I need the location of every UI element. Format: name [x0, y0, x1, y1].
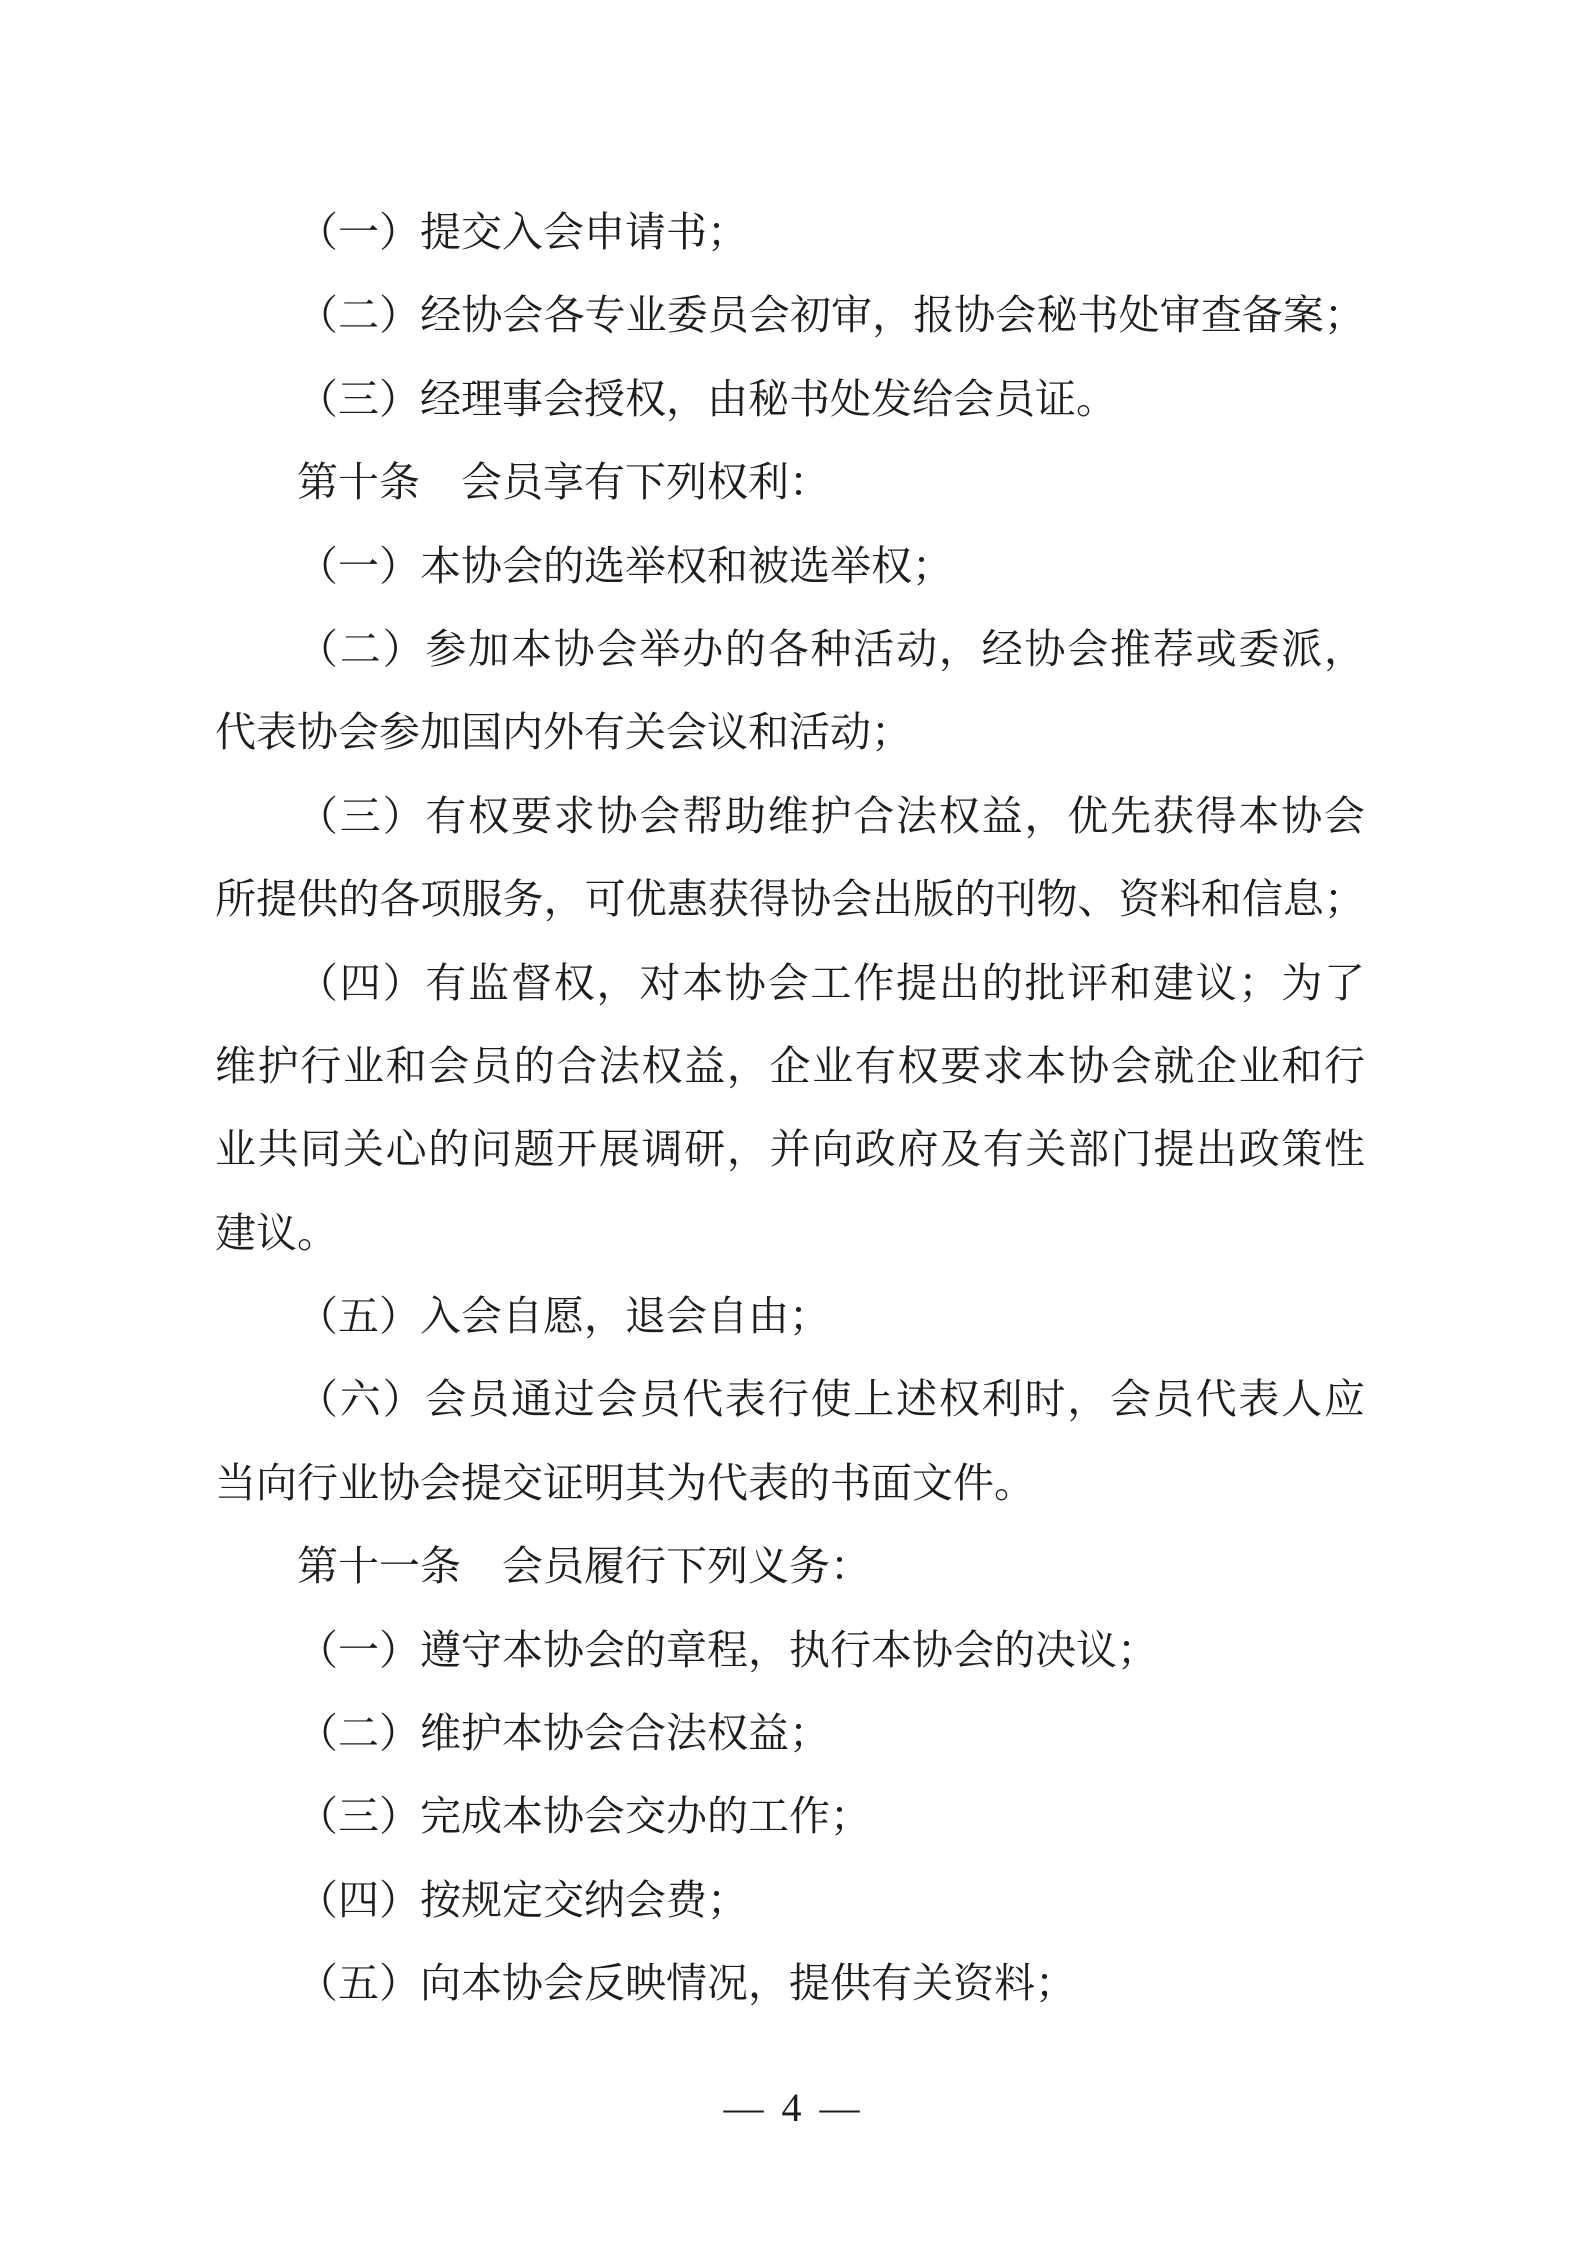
text-line: （三）经理事会授权，由秘书处发给会员证。 — [215, 358, 1365, 441]
page-number: — 4 — — [0, 2085, 1587, 2131]
text-line: （二）参加本协会举办的各种活动，经协会推荐或委派， — [215, 608, 1365, 691]
text-line: 当向行业协会提交证明其为代表的书面文件。 — [215, 1442, 1365, 1525]
document-body: （一）提交入会申请书；（二）经协会各专业委员会初审，报协会秘书处审查备案；（三）… — [215, 191, 1365, 2026]
text-line: （一）本协会的选举权和被选举权； — [215, 525, 1365, 608]
text-line: （四）按规定交纳会费； — [215, 1859, 1365, 1942]
text-line: （二）经协会各专业委员会初审，报协会秘书处审查备案； — [215, 274, 1365, 357]
text-line: 业共同关心的问题开展调研，并向政府及有关部门提出政策性 — [215, 1108, 1365, 1191]
text-line: 代表协会参加国内外有关会议和活动； — [215, 691, 1365, 774]
text-line: 维护行业和会员的合法权益，企业有权要求本协会就企业和行 — [215, 1025, 1365, 1108]
document-page: （一）提交入会申请书；（二）经协会各专业委员会初审，报协会秘书处审查备案；（三）… — [0, 0, 1587, 2245]
text-line: （六）会员通过会员代表行使上述权利时，会员代表人应 — [215, 1358, 1365, 1441]
text-line: 第十一条 会员履行下列义务： — [215, 1525, 1365, 1608]
text-line: 第十条 会员享有下列权利： — [215, 441, 1365, 524]
text-line: （三）完成本协会交办的工作； — [215, 1775, 1365, 1858]
text-line: 建议。 — [215, 1192, 1365, 1275]
text-line: 所提供的各项服务，可优惠获得协会出版的刊物、资料和信息； — [215, 858, 1365, 941]
text-line: （一）遵守本协会的章程，执行本协会的决议； — [215, 1609, 1365, 1692]
text-line: （三）有权要求协会帮助维护合法权益，优先获得本协会 — [215, 775, 1365, 858]
text-line: （二）维护本协会合法权益； — [215, 1692, 1365, 1775]
text-line: （一）提交入会申请书； — [215, 191, 1365, 274]
text-line: （四）有监督权，对本协会工作提出的批评和建议；为了 — [215, 942, 1365, 1025]
text-line: （五）入会自愿，退会自由； — [215, 1275, 1365, 1358]
text-line: （五）向本协会反映情况，提供有关资料； — [215, 1942, 1365, 2025]
